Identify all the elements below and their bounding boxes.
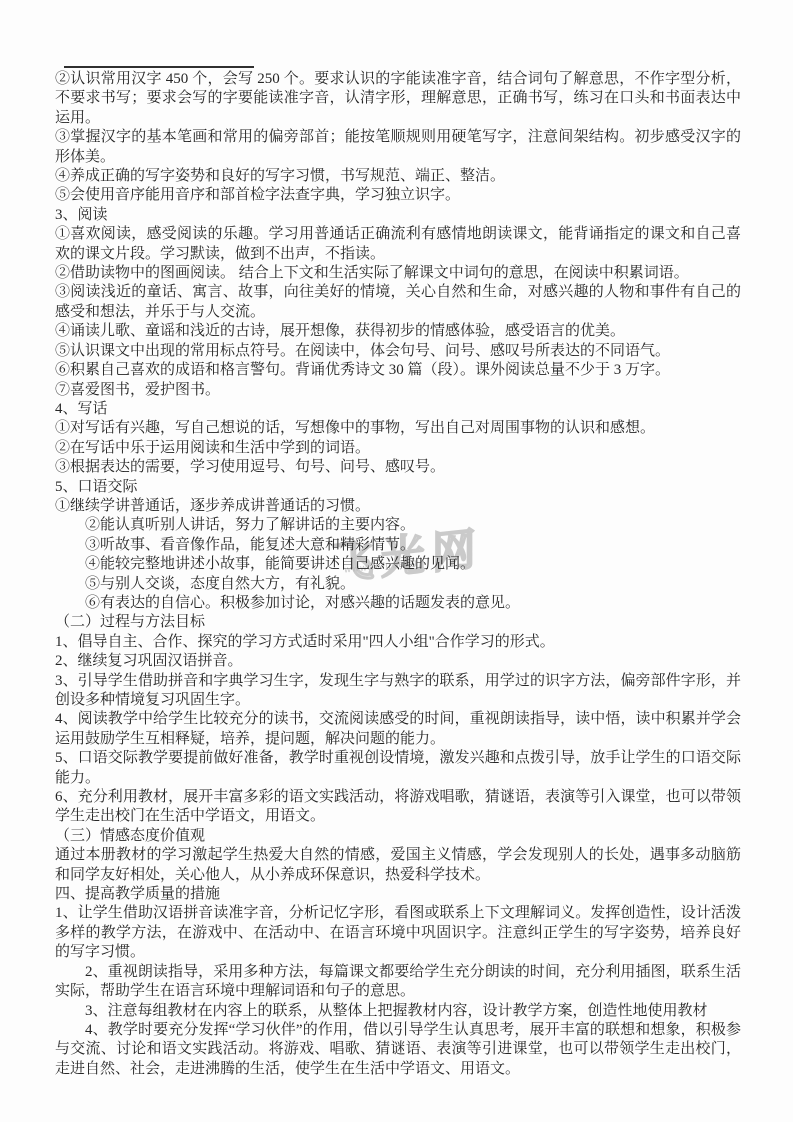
paragraph: 3、注意每组教材在内容上的联系，从整体上把握教材内容，设计教学方案，创造性地使用… (55, 1002, 741, 1021)
paragraph: ①对写话有兴趣，写自己想说的话，写想像中的事物，写出自己对周围事物的认识和感想。 (55, 419, 741, 438)
paragraph: 3、阅读 (55, 206, 741, 225)
paragraph: （三）情感态度价值观 (55, 827, 741, 846)
paragraph: ⑤与别人交谈，态度自然大方，有礼貌。 (55, 575, 741, 594)
document-page: 飞光网 www.feiguang ②认识常用汉字 450 个，会写 250 个。… (0, 0, 793, 1122)
paragraph: ⑥积累自己喜欢的成语和格言警句。背诵优秀诗文 30 篇（段）。课外阅读总量不少于… (55, 361, 741, 380)
paragraph: 2、重视朗读指导，采用多种方法，每篇课文都要给学生充分朗读的时间，充分利用插图，… (55, 963, 741, 1002)
paragraph: 1、倡导自主、合作、探究的学习方式适时采用"四人小组"合作学习的形式。 (55, 633, 741, 652)
paragraph: 5、口语交际教学要提前做好准备，教学时重视创设情境，激发兴趣和点拨引导，放手让学… (55, 749, 741, 788)
paragraph: ⑤会使用音序能用音序和部首检字法查字典，学习独立识字。 (55, 186, 741, 205)
paragraph: 通过本册教材的学习激起学生热爱大自然的情感，爱国主义情感，学会发现别人的长处，遇… (55, 846, 741, 885)
paragraph: ⑥有表达的自信心。积极参加讨论，对感兴趣的话题发表的意见。 (55, 594, 741, 613)
paragraph: ③掌握汉字的基本笔画和常用的偏旁部首；能按笔顺规则用硬笔写字，注意间架结构。初步… (55, 128, 741, 167)
paragraph: ⑤认识课文中出现的常用标点符号。在阅读中，体会句号、问号、感叹号所表达的不同语气… (55, 342, 741, 361)
paragraph: ①喜欢阅读，感受阅读的乐趣。学习用普通话正确流利有感情地朗读课文，能背诵指定的课… (55, 225, 741, 264)
paragraph: 四、提高教学质量的措施 (55, 885, 741, 904)
paragraph: 3、引导学生借助拼音和字典学习生字，发现生字与熟字的联系，用学过的识字方法，偏旁… (55, 672, 741, 711)
paragraph: ③阅读浅近的童话、寓言、故事，向往美好的情境，关心自然和生命，对感兴趣的人物和事… (55, 283, 741, 322)
paragraph: ②能认真听别人讲话，努力了解讲话的主要内容。 (55, 516, 741, 535)
paragraph: ③根据表达的需要，学习使用逗号、句号、问号、感叹号。 (55, 458, 741, 477)
footnote-separator-rule (64, 66, 254, 68)
paragraph: 4、写话 (55, 400, 741, 419)
paragraph: 1、让学生借助汉语拼音读准字音，分析记忆字形，看图或联系上下文理解词义。发挥创造… (55, 904, 741, 962)
paragraph: ②借助读物中的图画阅读。 结合上下文和生活实际了解课文中词句的意思，在阅读中积累… (55, 264, 741, 283)
paragraph: ②认识常用汉字 450 个，会写 250 个。要求认识的字能读准字音，结合词句了… (55, 70, 741, 128)
paragraph: 5、口语交际 (55, 478, 741, 497)
paragraph: ④养成正确的写字姿势和良好的写字习惯，书写规范、端正、整洁。 (55, 167, 741, 186)
paragraph: 2、继续复习巩固汉语拼音。 (55, 652, 741, 671)
paragraph: ⑦喜爱图书，爱护图书。 (55, 381, 741, 400)
paragraph: ③听故事、看音像作品，能复述大意和精彩情节。 (55, 536, 741, 555)
paragraph: ④能较完整地讲述小故事，能简要讲述自己感兴趣的见闻。 (55, 555, 741, 574)
paragraph: ④诵读儿歌、童谣和浅近的古诗，展开想像，获得初步的情感体验，感受语言的优美。 (55, 322, 741, 341)
paragraph: 4、阅读教学中给学生比较充分的读书，交流阅读感受的时间，重视朗读指导，读中悟，读… (55, 710, 741, 749)
paragraph: ②在写话中乐于运用阅读和生活中学到的词语。 (55, 439, 741, 458)
paragraph: ①继续学讲普通话，逐步养成讲普通话的习惯。 (55, 497, 741, 516)
document-body: ②认识常用汉字 450 个，会写 250 个。要求认识的字能读准字音，结合词句了… (55, 70, 741, 1079)
paragraph: 4、教学时要充分发挥“学习伙伴”的作用，借以引导学生认真思考，展开丰富的联想和想… (55, 1021, 741, 1079)
paragraph: 6、充分利用教材，展开丰富多彩的语文实践活动，将游戏唱歌，猜谜语，表演等引入课堂… (55, 788, 741, 827)
paragraph: （二）过程与方法目标 (55, 613, 741, 632)
